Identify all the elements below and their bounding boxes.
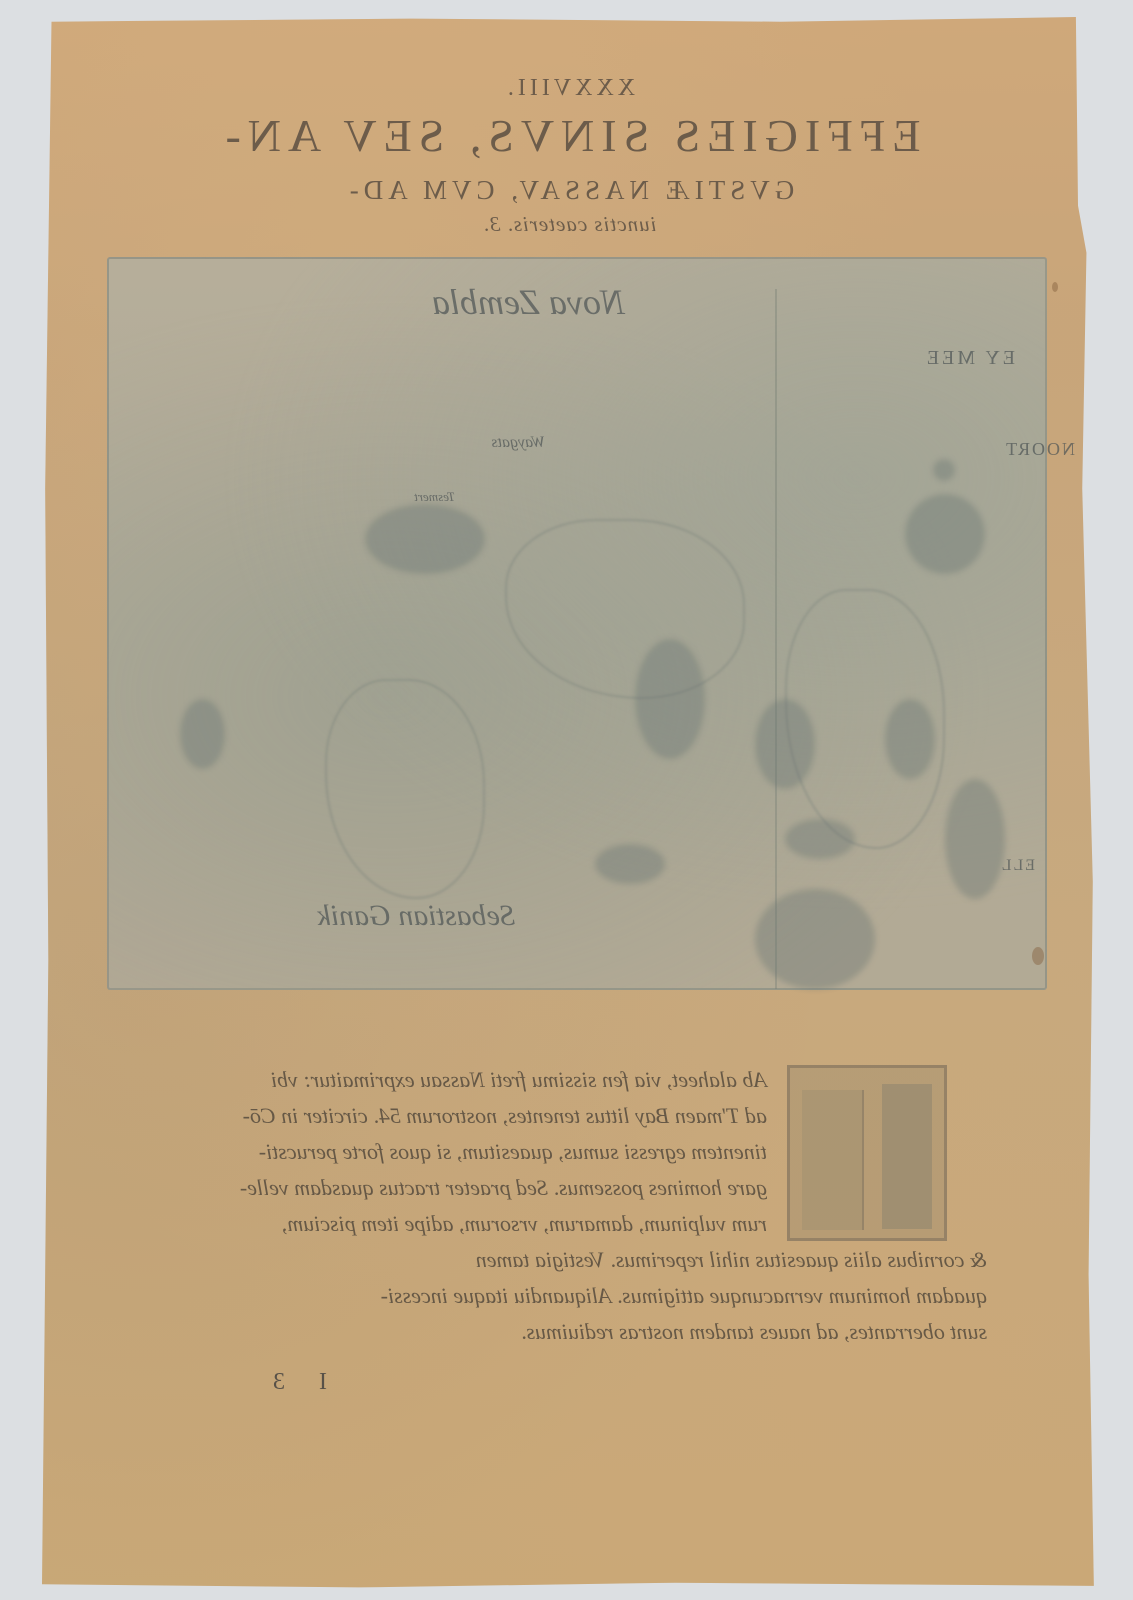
text-line: ad T'maen Bay littus tenentes, nostrorum… [117,1098,767,1134]
coastline [505,519,745,699]
ship-illustration [595,844,665,884]
paper-stain [1052,282,1058,292]
ship-illustration [785,819,855,859]
map-figure [905,494,985,574]
text-line: tinentem egressi sumus, quaesitum, si qu… [117,1134,767,1170]
map-region-label: ELL [1000,857,1035,875]
map-engraver-signature: Sebastian Ganik [318,899,515,933]
ship-illustration [755,699,815,789]
paper-stain [1032,947,1044,965]
initial-ornament [802,1090,864,1230]
text-line: sunt oberrantes, ad naues tandem nostras… [117,1314,987,1350]
page-title: EFFIGIES SINVS, SEV AN- [42,109,1097,162]
map-title-label: Nova Zembla [432,281,625,323]
text-line: rum vulpinum, damarum, vrsorum, adipe it… [117,1206,767,1242]
ship-illustration [755,889,875,989]
body-text: Ab alaheet, via fen sissimu freti Nassau… [117,1062,767,1242]
ship-illustration [885,699,935,779]
page-subtitle: GVSTIÆ NASSAV, CVM AD- [42,175,1097,206]
book-page: XXXVIII. EFFIGIES SINVS, SEV AN- GVSTIÆ … [42,17,1097,1589]
coastline [325,679,485,899]
page-signature: I 3 [259,1369,327,1396]
text-line: quadam hominum vernacunque attigimus. Al… [117,1278,987,1314]
page-subtitle-2: iunctis caeteris. 3. [42,212,1097,237]
map-place-label: Waygats [491,434,545,452]
text-line: gare homines possemus. Sed praeter tract… [117,1170,767,1206]
ship-illustration [635,639,705,759]
map-figure [945,779,1005,899]
showthrough-layer: XXXVIII. EFFIGIES SINVS, SEV AN- GVSTIÆ … [42,17,1097,1589]
map-plate: Nova Zembla EY MEE Waygats NOORT Tesmert… [107,257,1047,990]
map-mark [933,459,955,481]
map-place-label: Tesmert [414,489,455,505]
ship-illustration [365,504,485,574]
text-line: & cornibus aliis quaesitus nihil reperim… [117,1242,987,1278]
decorated-initial [787,1065,947,1241]
initial-ornament [882,1084,932,1229]
map-figure [180,699,225,769]
text-line: Ab alaheet, via fen sissimu freti Nassau… [117,1062,767,1098]
map-region-label: EY MEE [924,347,1015,370]
body-text-continued: & cornibus aliis quaesitus nihil reperim… [117,1242,987,1350]
chapter-number: XXXVIII. [42,75,1097,102]
map-region-label: NOORT [1004,439,1075,460]
